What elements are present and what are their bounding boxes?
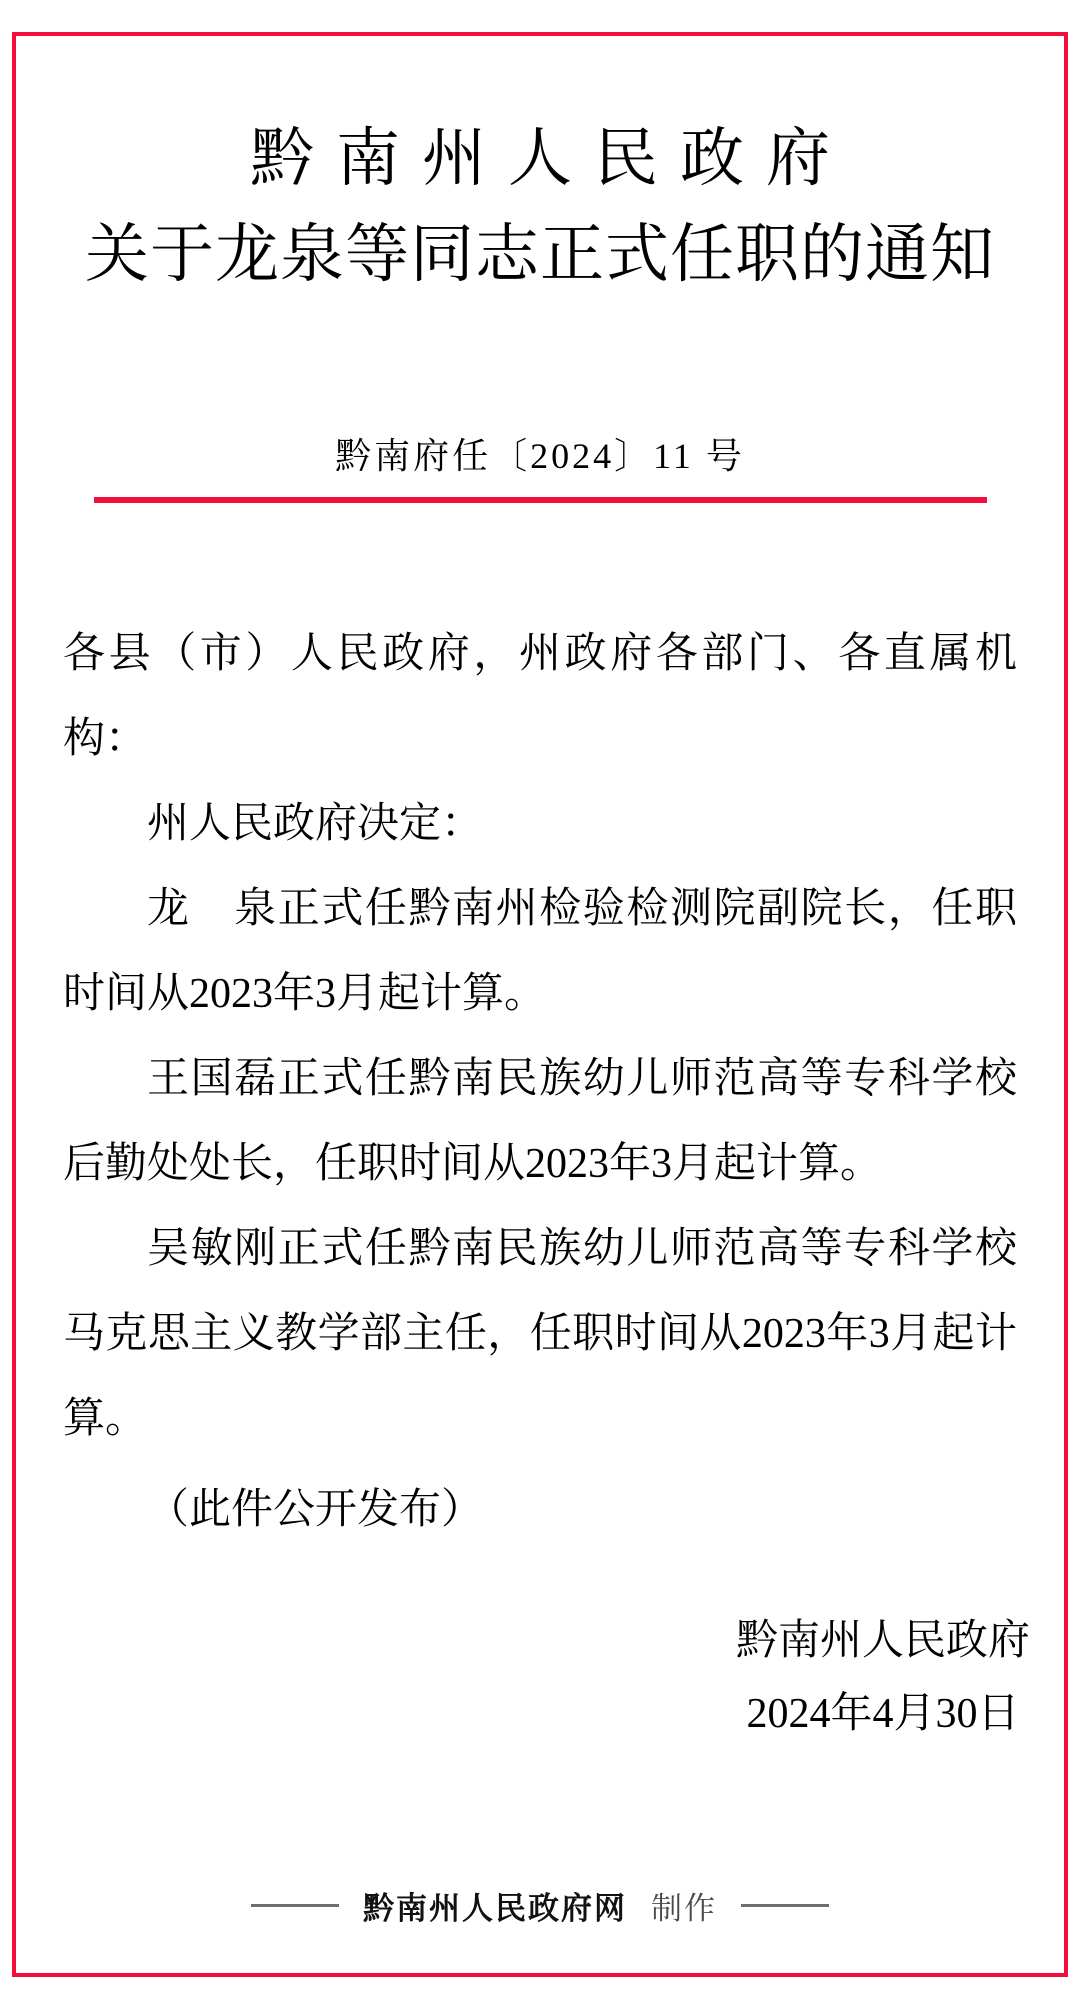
- recipients-line: 各县（市）人民政府，州政府各部门、各直属机构：: [63, 612, 1017, 782]
- signature-date: 2024年4月30日: [736, 1678, 1030, 1751]
- footer-dash-left-icon: [251, 1904, 339, 1907]
- title-line-1: 黔南州人民政府: [0, 110, 1080, 206]
- paragraph-appointment-1: 龙 泉正式任黔南州检验检测院副院长，任职时间从2023年3月起计算。: [63, 867, 1017, 1037]
- document-page: 黔南州人民政府 关于龙泉等同志正式任职的通知 黔南府任〔2024〕11 号 各县…: [0, 0, 1080, 2004]
- footer-made-by-label: 制作: [651, 1883, 717, 1928]
- red-divider-line: [94, 497, 987, 503]
- document-title: 黔南州人民政府 关于龙泉等同志正式任职的通知: [0, 110, 1080, 302]
- title-line-2: 关于龙泉等同志正式任职的通知: [0, 206, 1080, 302]
- doc-number: 黔南府任〔2024〕11 号: [0, 428, 1080, 479]
- publish-note: （此件公开发布）: [63, 1468, 1017, 1553]
- paragraph-appointment-2: 王国磊正式任黔南民族幼儿师范高等专科学校后勤处处长，任职时间从2023年3月起计…: [63, 1037, 1017, 1207]
- paragraph-decision: 州人民政府决定：: [63, 782, 1017, 867]
- paragraph-appointment-3: 吴敏刚正式任黔南民族幼儿师范高等专科学校马克思主义教学部主任，任职时间从2023…: [63, 1207, 1017, 1462]
- signature-block: 黔南州人民政府 2024年4月30日: [736, 1605, 1030, 1751]
- footer-dash-right-icon: [741, 1904, 829, 1907]
- document-body: 各县（市）人民政府，州政府各部门、各直属机构： 州人民政府决定： 龙 泉正式任黔…: [63, 612, 1017, 1462]
- signature-issuer: 黔南州人民政府: [736, 1605, 1030, 1678]
- footer-credit: 黔南州人民政府网 制作: [0, 1886, 1080, 1924]
- footer-site-name: 黔南州人民政府网: [363, 1883, 627, 1928]
